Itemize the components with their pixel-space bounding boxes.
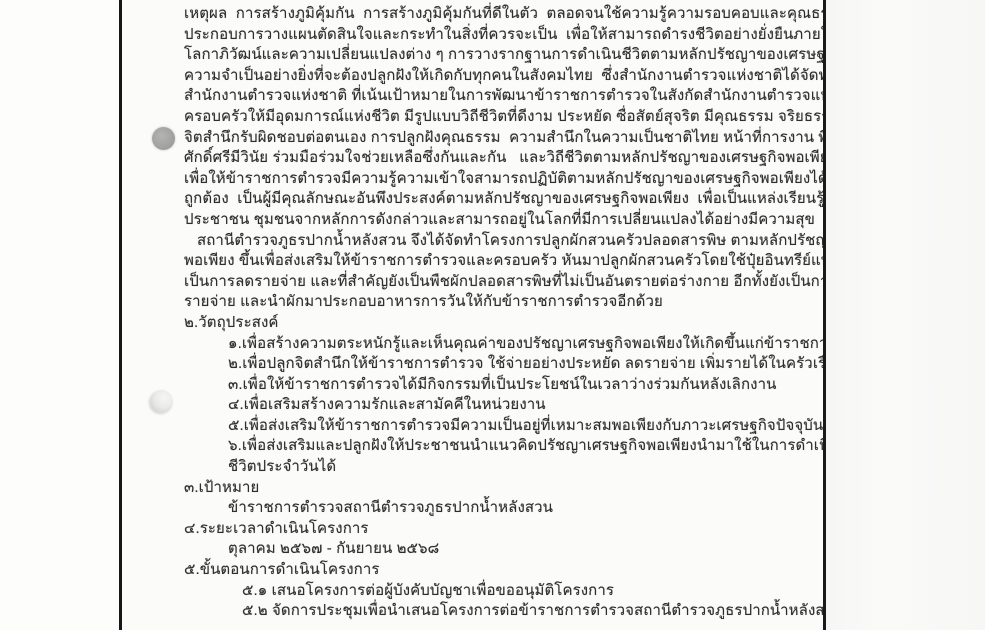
duration-heading: ๔.ระยะเวลาดำเนินโครงการ (184, 519, 802, 540)
objective-item: ๕.เพื่อส่งเสริมให้ข้าราชการตำรวจมีความเป… (184, 416, 802, 437)
rationale-line: ศักดิ์ศรีมีวินัย ร่วมมือร่วมใจช่วยเหลือซ… (184, 148, 802, 169)
hole-punch-mark-top (152, 127, 175, 150)
objectives-heading: ๒.วัตถุประสงค์ (184, 313, 802, 334)
rationale-line: ความจำเป็นอย่างยิ่งที่จะต้องปลูกฝังให้เก… (184, 66, 802, 87)
rationale-line: สำนักงานตำรวจแห่งชาติ ที่เน้นเป้าหมายในก… (184, 86, 802, 107)
rationale-line: ครอบครัวให้มีอุดมการณ์แห่งชีวิต มีรูปแบบ… (184, 107, 802, 128)
step-item: ๕.๒ จัดการประชุมเพื่อนำเสนอโครงการต่อข้า… (184, 601, 802, 622)
rationale-line: จิตสำนึกรับผิดชอบต่อตนเอง การปลูกฝังคุณธ… (184, 128, 802, 149)
objective-item: ๓.เพื่อให้ข้าราชการตำรวจได้มีกิจกรรมที่เ… (184, 375, 802, 396)
project-intro-line: สถานีตำรวจภูธรปากน้ำหลังสวน จึงได้จัดทำโ… (184, 231, 802, 252)
objective-item: ๔.เพื่อเสริมสร้างความรักและสามัคคีในหน่ว… (184, 395, 802, 416)
scan-margin-left (0, 0, 119, 630)
target-heading: ๓.เป้าหมาย (184, 478, 802, 499)
objective-item: ๑.เพื่อสร้างความตระหนักรู้และเห็นคุณค่าข… (184, 334, 802, 355)
objective-item-continuation: ชีวิตประจำวันได้ (184, 457, 802, 478)
rationale-line: ถูกต้อง เป็นผู้มีคุณลักษณะอันพึงประสงค์ต… (184, 189, 802, 210)
rationale-line: เหตุผล การสร้างภูมิคุ้มกัน การสร้างภูมิค… (184, 4, 802, 25)
document-text-column: เหตุผล การสร้างภูมิคุ้มกัน การสร้างภูมิค… (184, 4, 802, 622)
objective-item: ๖.เพื่อส่งเสริมและปลูกฝังให้ประชาชนนำแนว… (184, 436, 802, 457)
objective-item: ๒.เพื่อปลูกจิตสำนึกให้ข้าราชการตำรวจ ใช้… (184, 354, 802, 375)
project-intro-line: รายจ่าย และนำผักมาประกอบอาหารการวันให้กั… (184, 292, 802, 313)
scan-margin-right (826, 0, 985, 630)
rationale-line: เพื่อให้ข้าราชการตำรวจมีความรู้ความเข้าใ… (184, 169, 802, 190)
hole-punch-mark-bottom (150, 390, 173, 413)
duration-body: ตุลาคม ๒๕๖๗ - กันยายน ๒๕๖๘ (184, 539, 802, 560)
project-intro-line: พอเพียง ขึ้นเพื่อส่งเสริมให้ข้าราชการตำร… (184, 251, 802, 272)
target-body: ข้าราชการตำรวจสถานีตำรวจภูธรปากน้ำหลังสว… (184, 498, 802, 519)
scanned-document-page: เหตุผล การสร้างภูมิคุ้มกัน การสร้างภูมิค… (119, 0, 826, 630)
project-intro-line: เป็นการลดรายจ่าย และที่สำคัญยังเป็นพืชผั… (184, 272, 802, 293)
steps-heading: ๕.ขั้นตอนการดำเนินโครงการ (184, 560, 802, 581)
rationale-line: โลกาภิวัฒน์และความเปลี่ยนแปลงต่าง ๆ การว… (184, 45, 802, 66)
rationale-line: ประกอบการวางแผนตัดสินใจและกระทำในสิ่งที่… (184, 25, 802, 46)
rationale-line: ประชาชน ชุมชนจากหลักการดังกล่าวและสามารถ… (184, 210, 802, 231)
step-item: ๕.๑ เสนอโครงการต่อผู้บังคับบัญชาเพื่อขออ… (184, 581, 802, 602)
